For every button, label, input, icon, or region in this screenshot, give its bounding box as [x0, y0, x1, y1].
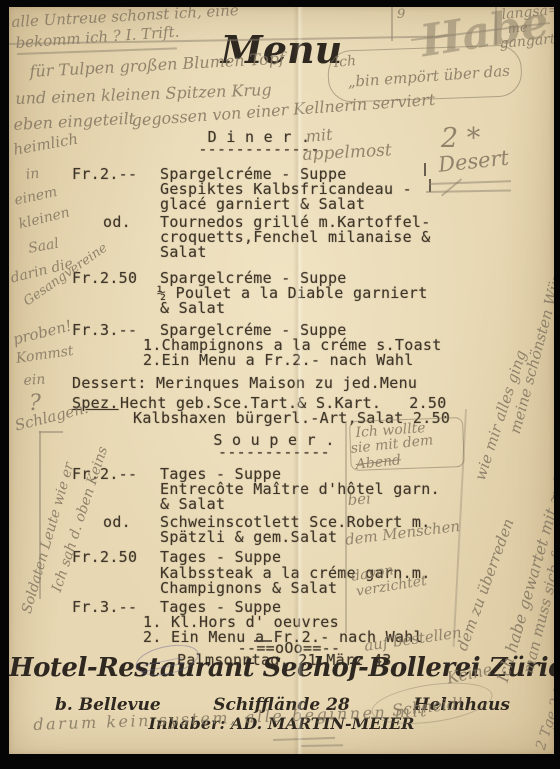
handwritten-note: ein [23, 371, 46, 388]
pencil-bracket [39, 431, 41, 599]
pencil-stroke [391, 7, 393, 41]
pencil-underline [426, 190, 511, 193]
handwritten-note: 9 [397, 7, 405, 22]
pencil-underline [301, 744, 343, 747]
pencil-underline [273, 737, 335, 741]
pencil-box [349, 417, 465, 471]
diner-item-line: 2.Ein Menu a Fr.2.- nach Wahl [143, 351, 414, 369]
handwritten-note: heimlich [12, 130, 79, 159]
pencil-stroke [495, 7, 497, 45]
handwritten-note: bei [347, 489, 371, 509]
diner-item-price: od. [103, 213, 131, 231]
souper-item-line: Spätzli & gem.Salat [160, 528, 337, 546]
handwritten-note: einem [13, 184, 59, 209]
souper-item-line: Champignons & Salat [160, 579, 337, 597]
handwritten-note: Kommst [15, 343, 75, 367]
handwritten-note: in [25, 166, 40, 183]
diner-item-line: glacé garniert & Salat [160, 195, 365, 213]
handwritten-note: Schlagen. [13, 399, 90, 435]
diner-item-line: & Salat [160, 299, 225, 317]
pencil-tick [424, 163, 426, 176]
pencil-bubble [327, 44, 523, 103]
pencil-bracket [39, 431, 63, 433]
diner-item-price: Fr.3.-- [72, 321, 137, 339]
souper-item-price: Fr.3.-- [72, 598, 137, 616]
dessert-line: Dessert: Merinques Maison zu jed.Menu [72, 374, 417, 392]
handwritten-note: Saal [27, 236, 60, 257]
typed-underline [254, 640, 272, 642]
pencil-stroke [345, 421, 347, 633]
menu-card: Menu D i n e r . ------------- Fr.2.-- S… [9, 7, 554, 754]
handwritten-note: kleinen [17, 204, 71, 232]
handwritten-note: appelmost [302, 140, 392, 165]
pencil-underline [429, 180, 511, 185]
diner-item-price: Fr.2.-- [72, 165, 137, 183]
scan-background: { "colors": { "frame": "#050505", "paper… [0, 0, 560, 769]
souper-item-price: od. [103, 513, 131, 531]
diner-item-line: Salat [160, 243, 207, 261]
souper-item-line: & Salat [160, 495, 225, 513]
souper-item-price: Fr.2.50 [72, 548, 137, 566]
